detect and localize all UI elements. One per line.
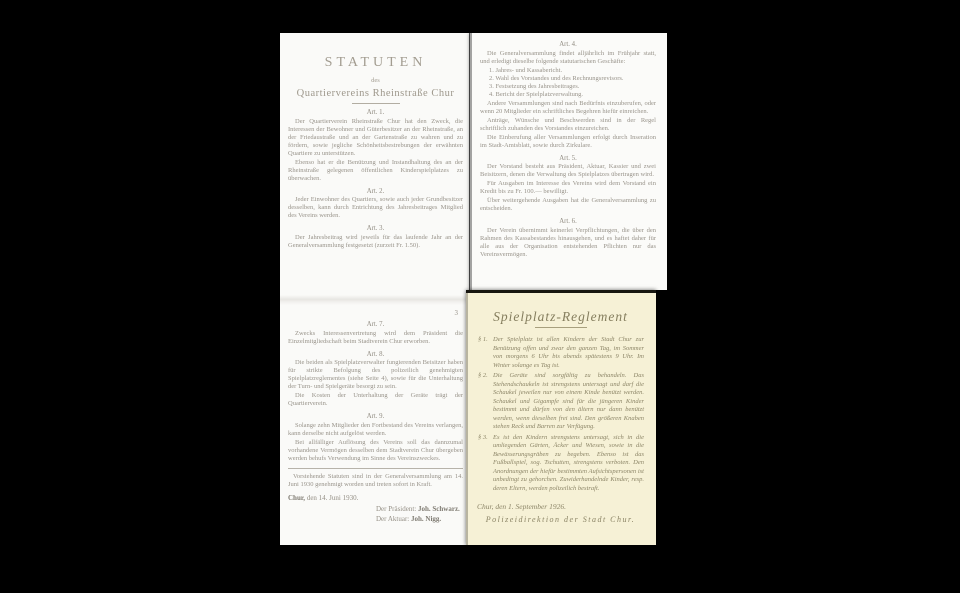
spielplatz-reglement-page: Spielplatz-Reglement § 1. Der Spielplatz… xyxy=(466,290,656,545)
article-4-paragraph: Die Einberufung aller Versammlungen erfo… xyxy=(480,134,656,150)
left-page: STATUTEN des Quartiervereins Rheinstraße… xyxy=(280,33,470,545)
reglement-divider xyxy=(535,327,587,328)
article-5-paragraph: Der Vorstand besteht aus Präsident, Aktu… xyxy=(480,163,656,179)
article-4-paragraph: Die Generalversammlung findet alljährlic… xyxy=(480,50,656,66)
article-1-paragraph: Ebenso hat er die Benützung und Instandh… xyxy=(288,159,463,183)
secretary-signature: Der Aktuar: Joh. Nigg. xyxy=(288,515,463,523)
scanned-document-photo: { "p1": { "title": "STATUTEN", "des": "d… xyxy=(0,0,960,593)
association-name: Quartiervereins Rheinstraße Chur xyxy=(288,88,463,99)
title-des: des xyxy=(288,77,463,84)
article-9-paragraph: Bei allfälliger Auflösung des Vereins so… xyxy=(288,439,463,463)
article-8-heading: Art. 8. xyxy=(288,351,463,358)
reglement-section-3: § 3. Es ist den Kindern strengstens unte… xyxy=(477,434,644,494)
president-signature: Der Präsident: Joh. Schwarz. xyxy=(288,505,463,513)
article-3-heading: Art. 3. xyxy=(288,225,463,232)
article-6-paragraph: Der Verein übernimmt keinerlei Verpflich… xyxy=(480,227,656,259)
reglement-title: Spielplatz-Reglement xyxy=(477,309,644,325)
article-7-heading: Art. 7. xyxy=(288,321,463,328)
section-2-number: § 2. xyxy=(478,372,488,379)
article-4-heading: Art. 4. xyxy=(480,41,656,48)
article-6-heading: Art. 6. xyxy=(480,218,656,225)
place-name: Chur, xyxy=(288,494,305,502)
statutes-page-2: Art. 4. Die Generalversammlung findet al… xyxy=(470,33,667,290)
article-8-paragraph: Die Kosten der Unterhaltung der Geräte t… xyxy=(288,392,463,408)
agenda-item: 3. Festsetzung des Jahresbeitrages. xyxy=(489,83,656,91)
section-3-text: Es ist den Kindern strengstens untersagt… xyxy=(493,434,644,494)
article-7-paragraph: Zwecks Interessenvertretung wird dem Prä… xyxy=(288,330,463,346)
reglement-section-1: § 1. Der Spielplatz ist allen Kindern de… xyxy=(477,336,644,370)
section-1-text: Der Spielplatz ist allen Kindern der Sta… xyxy=(493,336,644,370)
police-signoff: Polizeidirektion der Stadt Chur. xyxy=(477,515,644,524)
title-divider xyxy=(352,103,400,104)
document-title: STATUTEN xyxy=(288,55,463,71)
section-3-number: § 3. xyxy=(478,434,488,441)
approval-paragraph: Vorstehende Statuten sind in der General… xyxy=(288,473,463,489)
secretary-label: Der Aktuar: xyxy=(376,515,409,523)
statutes-page-3: 3 Art. 7. Zwecks Interessenvertretung wi… xyxy=(280,305,470,545)
section-2-text: Die Geräte sind sorgfältig zu behandeln.… xyxy=(493,372,644,432)
article-2-paragraph: Jeder Einwohner des Quartiers, sowie auc… xyxy=(288,196,463,220)
agenda-item: 1. Jahres- und Kassabericht. xyxy=(489,67,656,75)
place-date-line: Chur, den 14. Juni 1930. xyxy=(288,494,463,502)
secretary-name: Joh. Nigg. xyxy=(411,515,441,523)
article-5-paragraph: Über weitergehende Ausgaben hat die Gene… xyxy=(480,197,656,213)
article-1-paragraph: Der Quartierverein Rheinstraße Chur hat … xyxy=(288,118,463,158)
date-text: den 14. Juni 1930. xyxy=(307,494,359,502)
article-5-heading: Art. 5. xyxy=(480,155,656,162)
article-9-heading: Art. 9. xyxy=(288,413,463,420)
article-3-paragraph: Der Jahresbeitrag wird jeweils für das l… xyxy=(288,234,463,250)
article-9-paragraph: Solange zehn Mitglieder den Fortbestand … xyxy=(288,422,463,438)
article-4-paragraph: Anträge, Wünsche und Beschwerden sind in… xyxy=(480,117,656,133)
section-1-number: § 1. xyxy=(478,336,488,343)
reglement-place-date: Chur, den 1. September 1926. xyxy=(477,502,644,511)
statutes-page-1: STATUTEN des Quartiervereins Rheinstraße… xyxy=(280,33,470,295)
agenda-list: 1. Jahres- und Kassabericht. 2. Wahl des… xyxy=(489,67,656,99)
page-number: 3 xyxy=(455,309,459,317)
agenda-item: 2. Wahl des Vorstandes und des Rechnungs… xyxy=(489,75,656,83)
reglement-section-2: § 2. Die Geräte sind sorgfältig zu behan… xyxy=(477,372,644,432)
president-label: Der Präsident: xyxy=(376,505,416,513)
article-1-heading: Art. 1. xyxy=(288,109,463,116)
article-5-paragraph: Für Ausgaben im Interesse des Vereins wi… xyxy=(480,180,656,196)
president-name: Joh. Schwarz. xyxy=(418,505,460,513)
article-4-paragraph: Andere Versammlungen sind nach Bedürfnis… xyxy=(480,100,656,116)
article-8-paragraph: Die beiden als Spielplatzverwalter fungi… xyxy=(288,359,463,391)
closing-divider xyxy=(288,468,463,469)
agenda-item: 4. Bericht der Spielplatzverwaltung. xyxy=(489,91,656,99)
page-fold-shadow xyxy=(280,295,470,305)
article-2-heading: Art. 2. xyxy=(288,188,463,195)
